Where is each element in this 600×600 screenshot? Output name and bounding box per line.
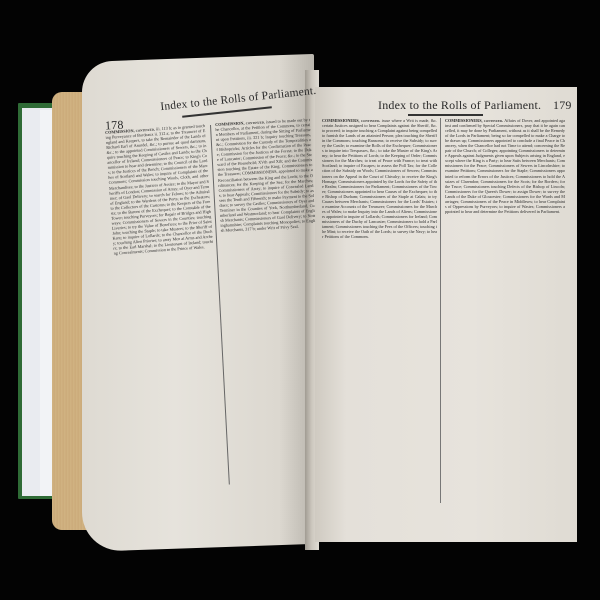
left-column-1-text: iii. 113 b; as to granted touching Purve… bbox=[105, 123, 213, 256]
right-column-2: COMMISSIONERS, continued. Affairs of Dov… bbox=[445, 118, 565, 488]
left-column-2: COMMISSION, continued. issued to be made… bbox=[215, 117, 328, 476]
right-column-1-text: issue where a Writ is made, &c. certain … bbox=[322, 118, 437, 239]
left-column-2-text: issued to be made out by the Chancellor,… bbox=[215, 117, 315, 233]
right-column-divider bbox=[440, 118, 441, 503]
right-column-2-text: Affairs of Dover, and appointed against … bbox=[445, 118, 565, 214]
book-photo: 178 Index to the Rolls of Parliament. CO… bbox=[0, 0, 600, 600]
right-running-title: Index to the Rolls of Parliament. bbox=[378, 98, 541, 113]
right-page-number: 179 bbox=[553, 98, 572, 113]
right-column-1: COMMISSIONERS, continued. issue where a … bbox=[322, 118, 437, 503]
right-title-rule bbox=[408, 114, 483, 116]
